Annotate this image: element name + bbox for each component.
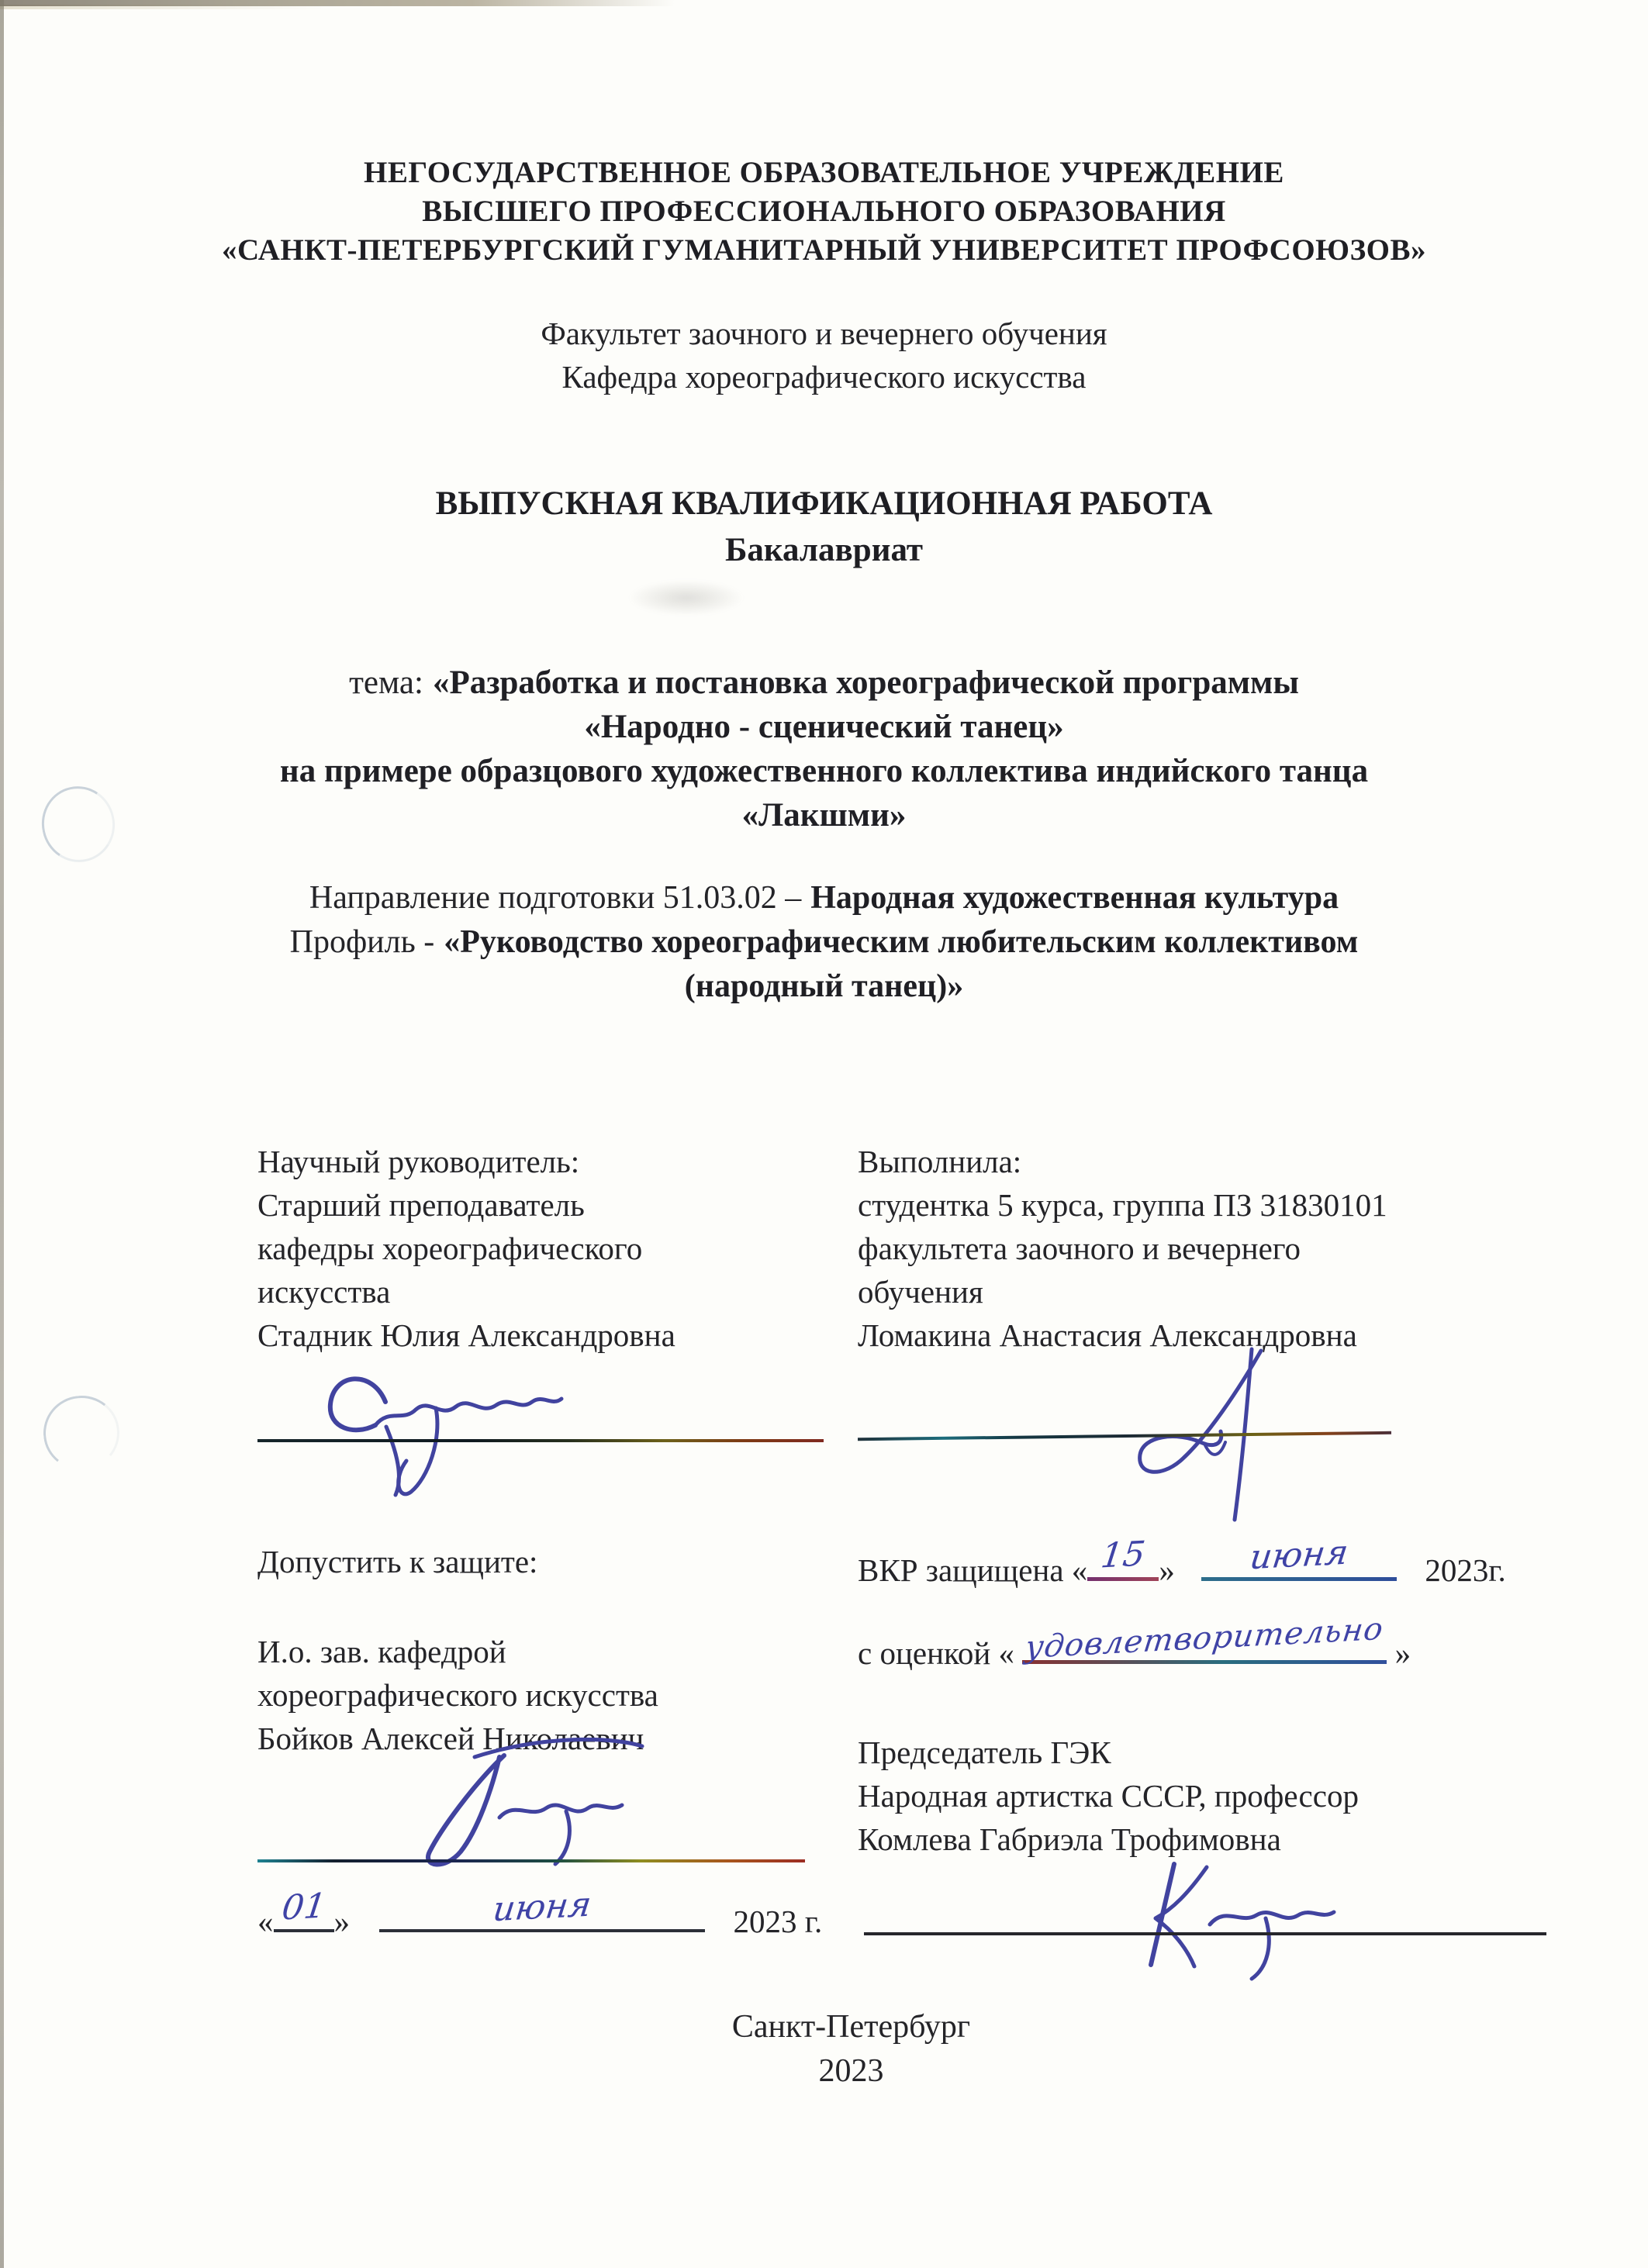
faculty-line: Факультет заочного и вечернего обучения xyxy=(0,312,1648,355)
admission-month-field: июня xyxy=(379,1892,705,1932)
direction-line: Направление подготовки 51.03.02 –Народна… xyxy=(0,876,1648,920)
direction-prefix: Направление подготовки 51.03.02 – xyxy=(309,880,801,916)
footer-year: 2023 xyxy=(54,2049,1648,2094)
scan-edge-artifact xyxy=(0,0,675,6)
admission-month-ink: июня xyxy=(491,1883,594,1931)
university-header-line3: «САНКТ-ПЕТЕРБУРГСКИЙ ГУМАНИТАРНЫЙ УНИВЕР… xyxy=(0,231,1648,270)
grade-field: удовлетворительно xyxy=(1022,1623,1387,1664)
defense-date-row: ВКР защищена «15» июня 2023г. xyxy=(858,1540,1626,1592)
defense-quote-close: » xyxy=(1159,1552,1175,1588)
supervisor-block: Научный руководитель: Старший преподават… xyxy=(257,1140,816,1496)
supervisor-position-line1: Старший преподаватель xyxy=(257,1183,816,1227)
defense-day-field: 15 xyxy=(1087,1540,1159,1581)
work-type-block: ВЫПУСКНАЯ КВАЛИФИКАЦИОННАЯ РАБОТА Бакала… xyxy=(0,481,1648,574)
footer-block: Санкт-Петербург 2023 xyxy=(0,2005,1648,2094)
supervisor-position-line3: искусства xyxy=(257,1270,816,1314)
supervisor-position-line2: кафедры хореографического xyxy=(257,1227,816,1270)
department-line: Кафедра хореографического искусства xyxy=(0,355,1648,399)
admission-day-ink: 01 xyxy=(279,1885,328,1931)
profile-prefix: Профиль - xyxy=(290,924,435,960)
author-block: Выполнила: студентка 5 курса, группа ПЗ … xyxy=(858,1140,1626,1496)
quote-open: « xyxy=(257,1904,274,1939)
footer-city: Санкт-Петербург xyxy=(54,2005,1648,2049)
scanned-title-page: НЕГОСУДАРСТВЕННОЕ ОБРАЗОВАТЕЛЬНОЕ УЧРЕЖД… xyxy=(0,0,1648,2268)
admission-year: 2023 г. xyxy=(734,1904,823,1939)
defense-block: ВКР защищена «15» июня 2023г. с оценкой … xyxy=(858,1540,1626,1985)
profile-line1: Профиль -«Руководство хореографическим л… xyxy=(0,920,1648,965)
theme-line1: тема:«Разработка и постановка хореографи… xyxy=(0,661,1648,705)
supervisor-signature-area xyxy=(257,1357,816,1496)
supervisor-label: Научный руководитель: xyxy=(257,1140,816,1183)
grade-row: с оценкой « удовлетворительно » xyxy=(858,1623,1626,1675)
committee-rank: Народная артистка СССР, профессор xyxy=(858,1774,1626,1818)
defense-prefix: ВКР защищена « xyxy=(858,1552,1087,1588)
university-header-line1: НЕГОСУДАРСТВЕННОЕ ОБРАЗОВАТЕЛЬНОЕ УЧРЕЖД… xyxy=(0,154,1648,192)
author-line3: обучения xyxy=(858,1270,1626,1314)
theme-line4: «Лакшми» xyxy=(0,793,1648,837)
theme-label: тема: xyxy=(349,665,423,701)
author-line1: студентка 5 курса, группа ПЗ 31830101 xyxy=(858,1183,1626,1227)
direction-value: Народная художественная культура xyxy=(810,880,1339,916)
supervisor-signature-ink xyxy=(312,1362,645,1497)
university-header: НЕГОСУДАРСТВЕННОЕ ОБРАЗОВАТЕЛЬНОЕ УЧРЕЖД… xyxy=(0,154,1648,270)
faculty-department: Факультет заочного и вечернего обучения … xyxy=(0,312,1648,399)
admission-signature-line xyxy=(257,1859,805,1862)
admission-signature-ink xyxy=(374,1724,661,1872)
supervisor-name: Стадник Юлия Александровна xyxy=(257,1314,816,1357)
defense-year: 2023г. xyxy=(1425,1552,1505,1588)
university-header-line2: ВЫСШЕГО ПРОФЕССИОНАЛЬНОГО ОБРАЗОВАНИЯ xyxy=(0,192,1648,231)
theme-line2: «Народно - сценический танец» xyxy=(0,705,1648,749)
committee-signature-ink xyxy=(1114,1850,1377,1982)
admission-date-row: «01» июня 2023 г. xyxy=(257,1892,816,1943)
committee-signature-line xyxy=(864,1932,1546,1935)
admission-title: Допустить к защите: xyxy=(257,1540,816,1583)
committee-title: Председатель ГЭК xyxy=(858,1731,1626,1774)
admission-signature-area xyxy=(257,1760,816,1892)
theme-text1: «Разработка и постановка хореографическо… xyxy=(433,665,1299,701)
admission-position-line2: хореографического искусства xyxy=(257,1673,816,1717)
degree-level: Бакалавриат xyxy=(0,527,1648,574)
author-line2: факультета заочного и вечернего xyxy=(858,1227,1626,1270)
profile-line2: (народный танец)» xyxy=(0,965,1648,1009)
theme-line3: на примере образцового художественного к… xyxy=(0,749,1648,793)
supervisor-signature-line xyxy=(257,1439,824,1442)
grade-quote-close: » xyxy=(1395,1635,1411,1671)
admission-day-field: 01 xyxy=(274,1892,334,1932)
admission-block: Допустить к защите: И.о. зав. кафедрой х… xyxy=(257,1540,816,1943)
quote-close: » xyxy=(334,1904,351,1939)
author-signature-area xyxy=(858,1357,1626,1496)
profile-value: «Руководство хореографическим любительск… xyxy=(444,924,1358,960)
grade-prefix: с оценкой « xyxy=(858,1635,1014,1671)
study-direction: Направление подготовки 51.03.02 –Народна… xyxy=(0,876,1648,1009)
print-smudge xyxy=(628,580,745,616)
committee-signature-area xyxy=(858,1861,1626,1985)
defense-day-ink: 15 xyxy=(1099,1533,1148,1579)
thesis-theme: тема:«Разработка и постановка хореографи… xyxy=(0,661,1648,837)
defense-month-ink: июня xyxy=(1248,1531,1351,1579)
hole-punch-mark xyxy=(40,1392,123,1474)
admission-position-line1: И.о. зав. кафедрой xyxy=(257,1630,816,1673)
profile-value2: (народный танец)» xyxy=(685,968,963,1004)
author-label: Выполнила: xyxy=(858,1140,1626,1183)
defense-month-field: июня xyxy=(1201,1540,1397,1581)
work-type-title: ВЫПУСКНАЯ КВАЛИФИКАЦИОННАЯ РАБОТА xyxy=(0,481,1648,527)
